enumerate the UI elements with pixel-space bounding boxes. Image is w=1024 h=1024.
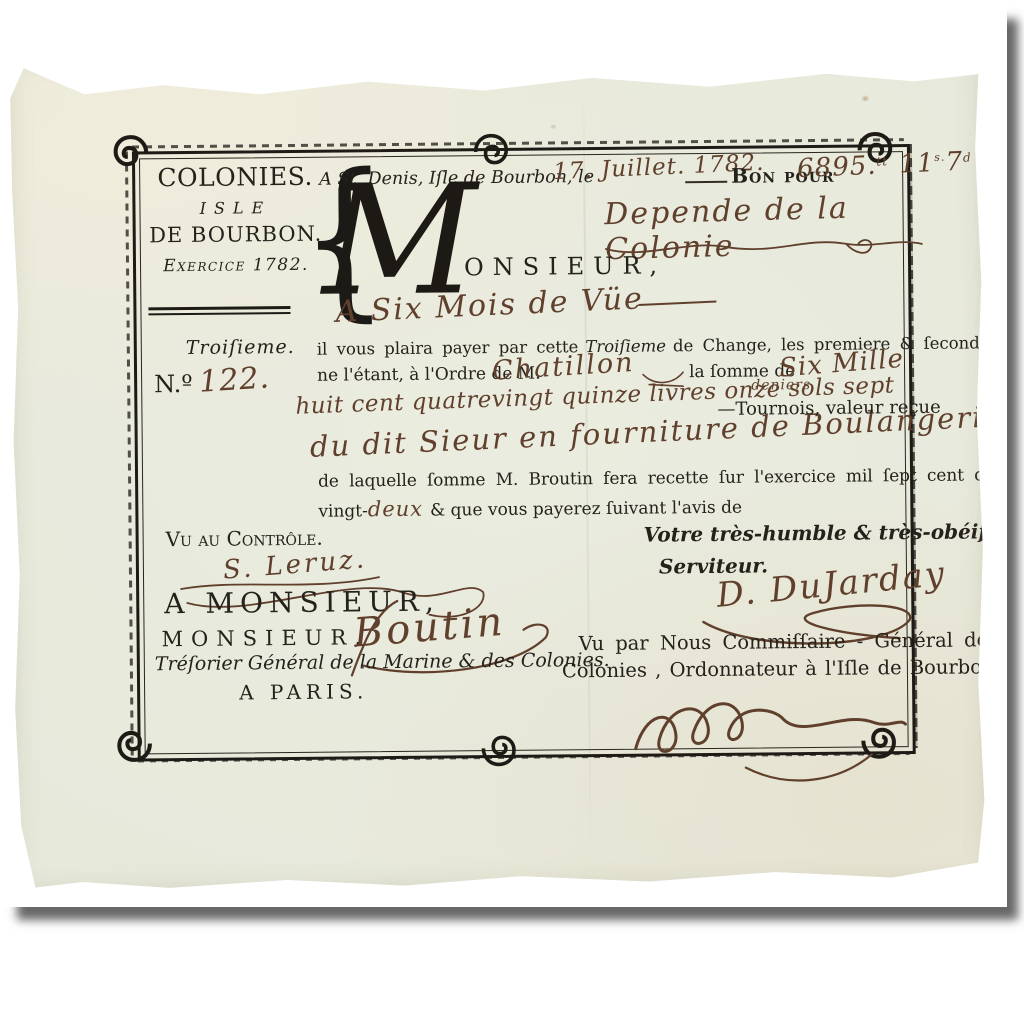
vu-par-nous-line1: Vu par Nous Commiſſaire - Général des xyxy=(579,628,999,655)
number-value-handwritten: 122. xyxy=(198,360,271,399)
body-line6: vingt-deux& que vous payerez ſuivant l'a… xyxy=(318,494,742,522)
body-line6-a: vingt- xyxy=(318,501,368,521)
dateline-dash-rule xyxy=(685,181,727,183)
scroll-ornament-bottom-left-icon xyxy=(116,727,152,763)
tournois-printed: —Tournois, valeur reçue xyxy=(717,397,941,420)
amount-sols: 11 xyxy=(899,148,935,180)
a-paris-line: A PARIS. xyxy=(239,679,368,704)
amount-livres-unit: tt xyxy=(876,154,888,169)
amount-sols-unit: s. xyxy=(934,151,946,164)
vu-par-nous-line2: Colonies , Ordonnateur à l'Iſle de Bourb… xyxy=(562,655,1001,682)
number-label: N.º xyxy=(154,370,193,398)
scroll-ornament-top-center-icon xyxy=(473,132,509,168)
ordonnateur-signature-flourish xyxy=(627,682,908,800)
bon-pour-amount-handwritten: 6895.tt 11s.7d xyxy=(797,146,973,184)
document-paper-sheet: COLONIES. ISLE DE BOURBON. Exercice 1782… xyxy=(6,47,990,892)
body-line6-b: & que vous payerez ſuivant l'avis de xyxy=(430,498,742,521)
tresorier-line: Tréſorier Général de la Marine & des Col… xyxy=(155,649,610,675)
amount-deniers-unit: d xyxy=(963,150,972,164)
amount-deniers: 7 xyxy=(945,147,964,178)
copy-rank-label: Troiſieme. xyxy=(186,336,295,359)
photo-of-1782-bill-of-exchange: COLONIES. ISLE DE BOURBON. Exercice 1782… xyxy=(0,0,1024,1024)
votre-tres-humble-line: Votre très-humble & très-obéiſſant xyxy=(644,519,1024,547)
salutation-rest: ONSIEUR, xyxy=(464,251,666,281)
stub-double-rule xyxy=(148,306,290,315)
scroll-ornament-bottom-center-icon xyxy=(481,732,517,768)
amount-livres: 6895. xyxy=(797,151,878,185)
body-line6-deux-handwritten: deux xyxy=(368,497,423,522)
